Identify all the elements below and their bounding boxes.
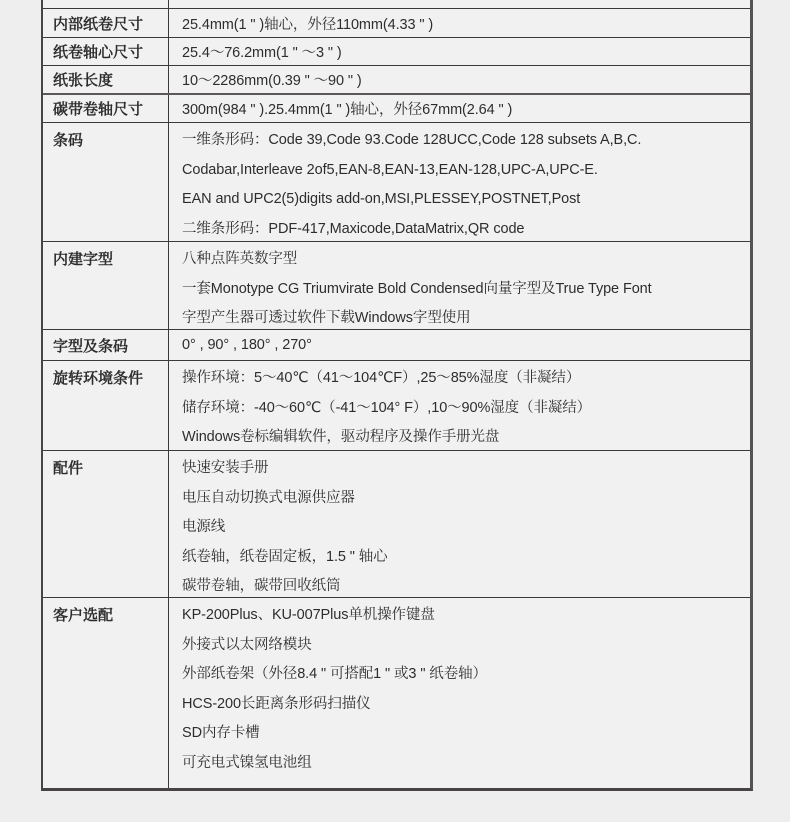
- row-value-line: 一套Monotype CG Triumvirate Bold Condensed…: [182, 275, 750, 305]
- row-label: 纸卷轴心尺寸: [43, 38, 169, 65]
- row-value-line: Codabar,Interleave 2of5,EAN-8,EAN-13,EAN…: [182, 156, 750, 186]
- row-label: 条码: [43, 123, 169, 241]
- row-value: [169, 0, 750, 8]
- table-row: 纸卷轴心尺寸 25.4～76.2mm(1 " ～3 " ): [43, 37, 750, 65]
- row-value: 0° , 90° , 180° , 270°: [169, 330, 750, 360]
- row-value-line: 纸卷轴，纸卷固定板，1.5 " 轴心: [182, 543, 750, 573]
- row-value-line: Windows卷标编辑软件，驱动程序及操作手册光盘: [182, 423, 750, 453]
- row-value: 25.4～76.2mm(1 " ～3 " ): [169, 38, 750, 65]
- row-label: 旋转环境条件: [43, 361, 169, 450]
- row-label: 客户选配: [43, 598, 169, 788]
- row-value-line: 外接式以太网络模块: [182, 631, 750, 661]
- row-value: 快速安装手册 电压自动切换式电源供应器 电源线 纸卷轴，纸卷固定板，1.5 " …: [169, 451, 750, 597]
- table-row: 旋转环境条件 操作环境：5～40℃（41～104℃F）,25～85%湿度（非凝结…: [43, 360, 750, 450]
- row-value-line: 快速安装手册: [182, 454, 750, 484]
- row-value-line: 电压自动切换式电源供应器: [182, 484, 750, 514]
- row-value-line: HCS-200长距离条形码扫描仪: [182, 690, 750, 720]
- row-label: 内建字型: [43, 242, 169, 329]
- row-label: 配件: [43, 451, 169, 597]
- row-value: 一维条形码：Code 39,Code 93.Code 128UCC,Code 1…: [169, 123, 750, 241]
- row-value-line: 外部纸卷架（外径8.4 " 可搭配1 " 或3 " 纸卷轴）: [182, 660, 750, 690]
- spec-table: 内部纸卷尺寸 25.4mm(1 " )轴心，外径110mm(4.33 " ) 纸…: [41, 0, 753, 791]
- table-row: 碳带卷轴尺寸 300m(984 " ).25.4mm(1 " )轴心，外径67m…: [43, 93, 750, 122]
- table-row: 内建字型 八种点阵英数字型 一套Monotype CG Triumvirate …: [43, 241, 750, 329]
- row-value: 25.4mm(1 " )轴心，外径110mm(4.33 " ): [169, 9, 750, 37]
- table-row: 内部纸卷尺寸 25.4mm(1 " )轴心，外径110mm(4.33 " ): [43, 8, 750, 37]
- row-label: 内部纸卷尺寸: [43, 9, 169, 37]
- row-label: [43, 0, 169, 8]
- row-value-line: SD内存卡槽: [182, 719, 750, 749]
- row-value: 八种点阵英数字型 一套Monotype CG Triumvirate Bold …: [169, 242, 750, 329]
- row-value-line: 八种点阵英数字型: [182, 245, 750, 275]
- row-value: 操作环境：5～40℃（41～104℃F）,25～85%湿度（非凝结） 储存环境：…: [169, 361, 750, 450]
- row-label: 纸张长度: [43, 66, 169, 93]
- row-value: 300m(984 " ).25.4mm(1 " )轴心，外径67mm(2.64 …: [169, 95, 750, 122]
- table-row: 字型及条码 0° , 90° , 180° , 270°: [43, 329, 750, 360]
- row-label: 碳带卷轴尺寸: [43, 95, 169, 122]
- row-label: 字型及条码: [43, 330, 169, 360]
- row-value: KP-200Plus、KU-007Plus单机操作键盘 外接式以太网络模块 外部…: [169, 598, 750, 788]
- table-row: 客户选配 KP-200Plus、KU-007Plus单机操作键盘 外接式以太网络…: [43, 597, 750, 788]
- table-row-clipped: [43, 0, 750, 8]
- row-value-line: 一维条形码：Code 39,Code 93.Code 128UCC,Code 1…: [182, 126, 750, 156]
- row-value-line: 可充电式镍氢电池组: [182, 749, 750, 779]
- row-value-line: KP-200Plus、KU-007Plus单机操作键盘: [182, 601, 750, 631]
- table-row: 纸张长度 10～2286mm(0.39 " ～90 " ): [43, 65, 750, 93]
- row-value-line: EAN and UPC2(5)digits add-on,MSI,PLESSEY…: [182, 185, 750, 215]
- row-value-line: 电源线: [182, 513, 750, 543]
- row-value: 10～2286mm(0.39 " ～90 " ): [169, 66, 750, 93]
- table-row: 条码 一维条形码：Code 39,Code 93.Code 128UCC,Cod…: [43, 122, 750, 241]
- row-value-line: 操作环境：5～40℃（41～104℃F）,25～85%湿度（非凝结）: [182, 364, 750, 394]
- row-value-line: 二维条形码：PDF-417,Maxicode,DataMatrix,QR cod…: [182, 215, 750, 245]
- table-row: 配件 快速安装手册 电压自动切换式电源供应器 电源线 纸卷轴，纸卷固定板，1.5…: [43, 450, 750, 597]
- row-value-line: 储存环境：-40～60℃（-41～104° F）,10～90%湿度（非凝结）: [182, 394, 750, 424]
